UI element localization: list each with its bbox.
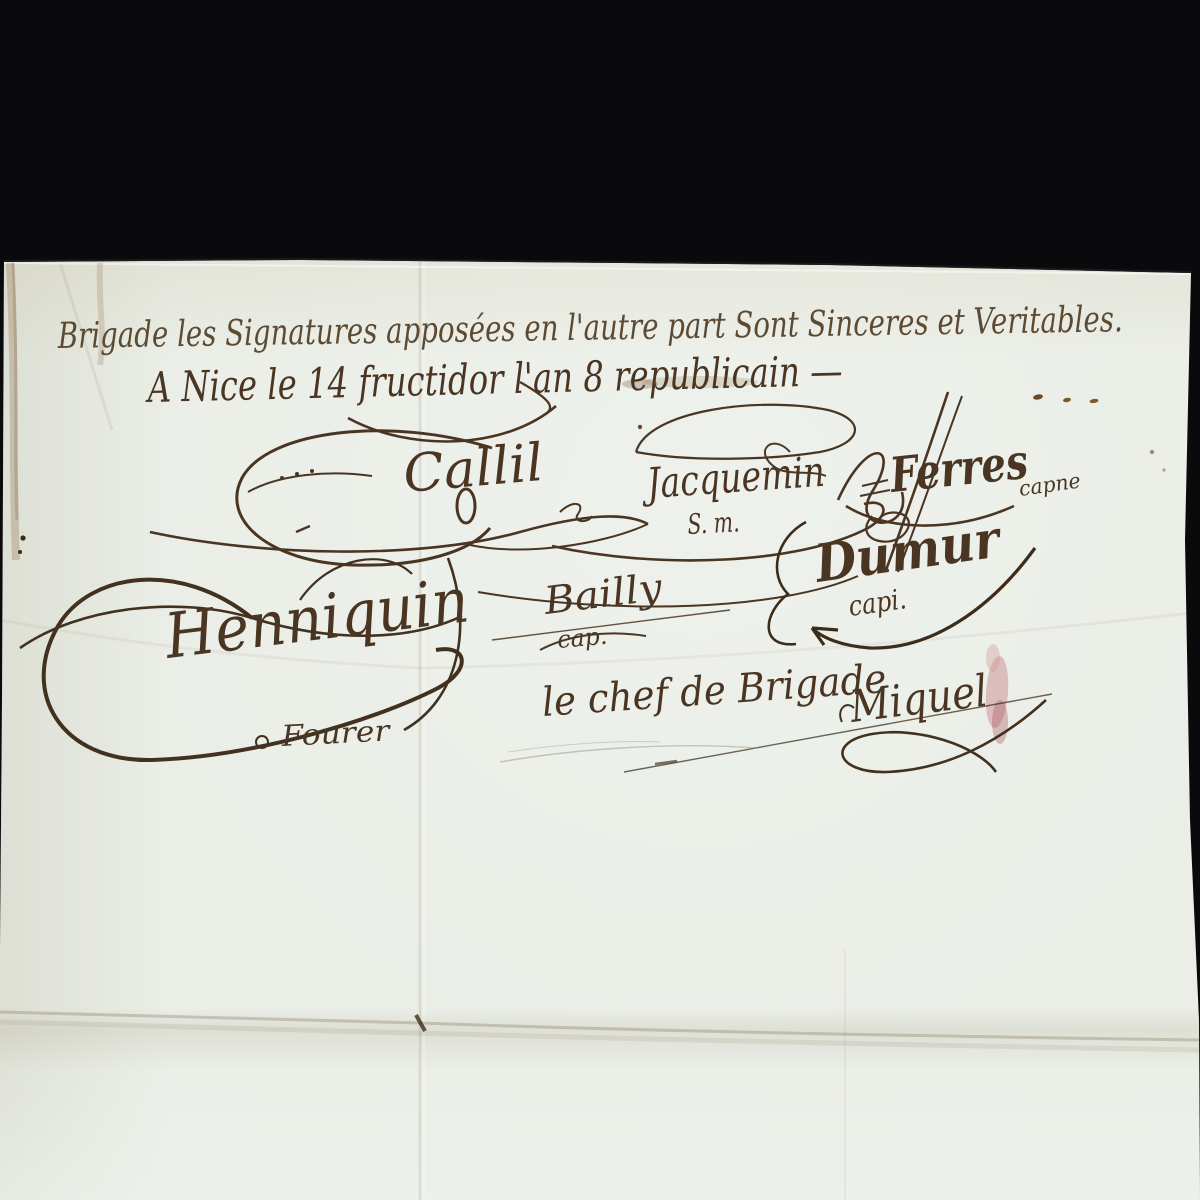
- paraph-dot: [310, 469, 314, 473]
- ink-speck: [18, 550, 22, 554]
- signature-henniquin-rank: Fourer: [280, 713, 393, 753]
- photo-of-manuscript: Brigade les Signatures apposées en l'aut…: [0, 0, 1200, 1200]
- signature-callil-name: Callil: [401, 433, 546, 505]
- paraph-dot: [280, 476, 284, 480]
- paraph-dot: [295, 472, 299, 476]
- paper-sheet: Brigade les Signatures apposées en l'aut…: [0, 255, 1200, 1200]
- wax-seal-stain-light: [986, 644, 1000, 672]
- ink-speck: [20, 535, 25, 540]
- signature-bailly-rank: cap.: [556, 622, 608, 654]
- manuscript-photo-canvas: Brigade les Signatures apposées en l'aut…: [0, 0, 1200, 1200]
- ink-speck: [1162, 468, 1165, 471]
- signature-jacquemin-rank: S. m.: [687, 505, 741, 541]
- ink-speck: [638, 425, 642, 429]
- ink-speck: [1150, 450, 1154, 454]
